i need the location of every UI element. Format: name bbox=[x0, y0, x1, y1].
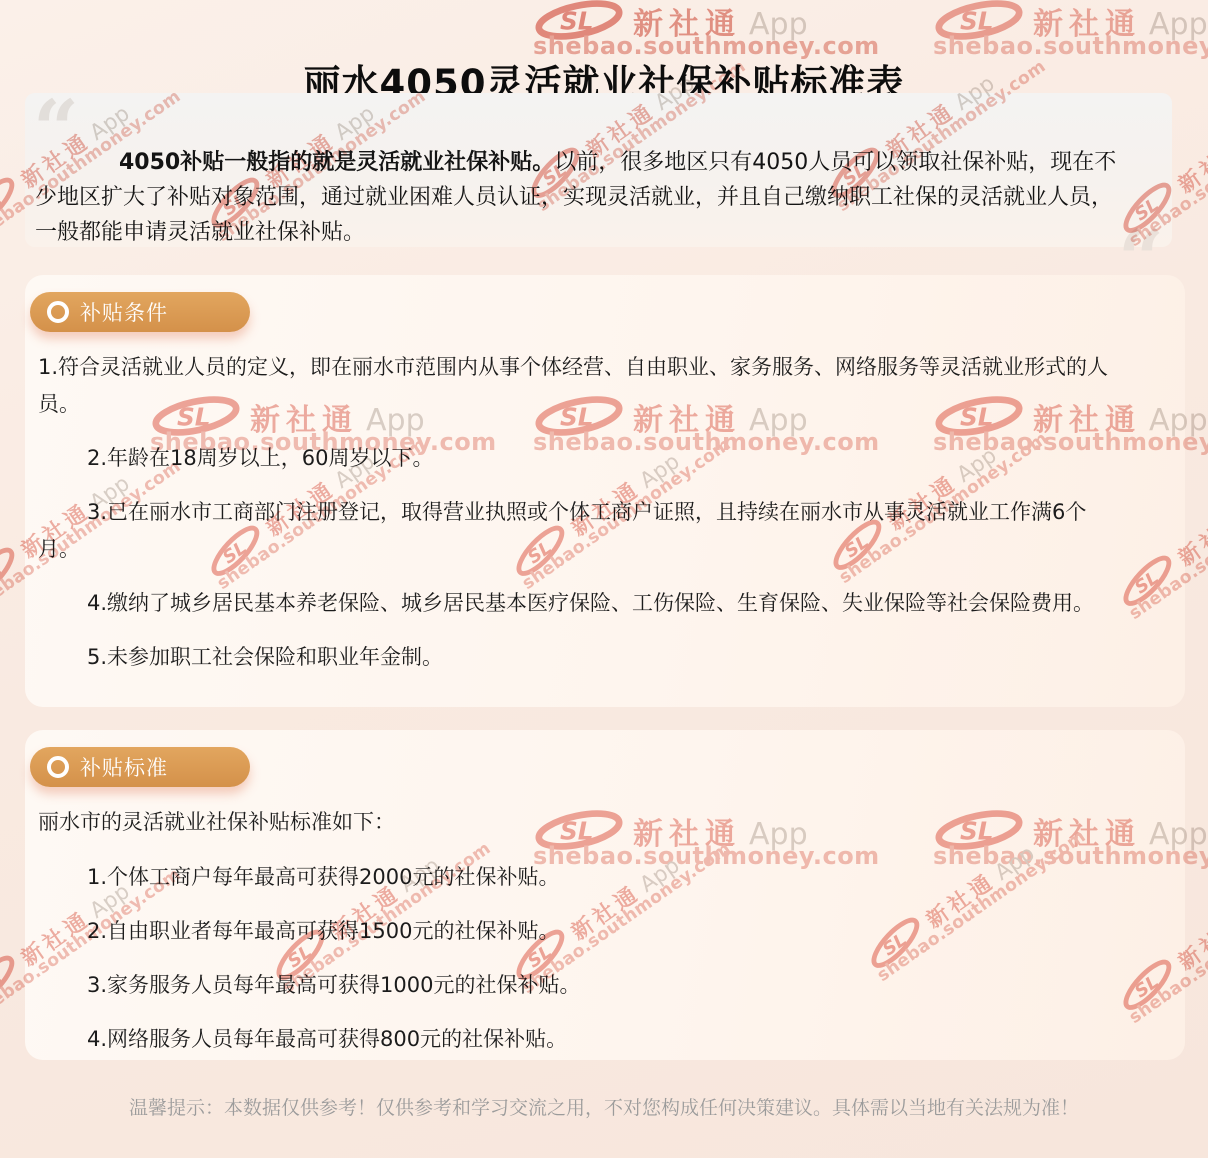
intro-card: “ 4050补贴一般指的就是灵活就业社保补贴。以前，很多地区只有4050人员可以… bbox=[25, 93, 1172, 247]
conditions-badge: 补贴条件 bbox=[30, 292, 250, 332]
watermark-domain: shebao.southmoney.com bbox=[0, 0, 183, 9]
footer-disclaimer: 温馨提示：本数据仅供参考！仅供参考和学习交流之用，不对您构成任何决策建议。具体需… bbox=[0, 1093, 1208, 1120]
condition-item: 2.年龄在18周岁以上，60周岁以下。 bbox=[38, 440, 1127, 477]
condition-item: 4.缴纳了城乡居民基本养老保险、城乡居民基本医疗保险、工伤保险、生育保险、失业保… bbox=[38, 585, 1127, 622]
standards-list: 丽水市的灵活就业社保补贴标准如下： 1.个体工商户每年最高可获得2000元的社保… bbox=[25, 787, 1185, 1058]
open-quote-icon: “ bbox=[33, 89, 79, 169]
conditions-section: 补贴条件 1.符合灵活就业人员的定义，即在丽水市范围内从事个体经营、自由职业、家… bbox=[25, 275, 1185, 707]
standard-item: 2.自由职业者每年最高可获得1500元的社保补贴。 bbox=[38, 913, 1127, 950]
shetong-logo-icon: SL bbox=[933, 0, 1025, 40]
condition-item: 5.未参加职工社会保险和职业年金制。 bbox=[38, 639, 1127, 676]
logo-letters: SL bbox=[560, 7, 594, 36]
logo-letters: SL bbox=[0, 189, 6, 220]
standard-item: 4.网络服务人员每年最高可获得800元的社保补贴。 bbox=[38, 1021, 1127, 1058]
standards-lead: 丽水市的灵活就业社保补贴标准如下： bbox=[38, 804, 1127, 841]
condition-item: 1.符合灵活就业人员的定义，即在丽水市范围内从事个体经营、自由职业、家务服务、网… bbox=[38, 349, 1127, 423]
standards-badge: 补贴标准 bbox=[30, 747, 250, 787]
conditions-list: 1.符合灵活就业人员的定义，即在丽水市范围内从事个体经营、自由职业、家务服务、网… bbox=[25, 332, 1185, 676]
shetong-logo-icon: SL bbox=[0, 172, 26, 234]
standard-item: 3.家务服务人员每年最高可获得1000元的社保补贴。 bbox=[38, 967, 1127, 1004]
watermark-brand-app: App bbox=[749, 10, 808, 40]
intro-lead-bold: 4050补贴一般指的就是灵活就业社保补贴。 bbox=[119, 150, 554, 175]
shetong-logo-icon: SL bbox=[533, 0, 625, 40]
watermark: SL 新社通App shebao.southmoney.com bbox=[533, 0, 880, 58]
watermark-brand-row: SL 新社通App bbox=[933, 0, 1208, 40]
watermark-brand-row: SL 新社通App bbox=[533, 0, 880, 40]
intro-paragraph: 4050补贴一般指的就是灵活就业社保补贴。以前，很多地区只有4050人员可以领取… bbox=[25, 115, 1172, 250]
watermark-brand-zh: 新社通 bbox=[1033, 10, 1141, 40]
condition-item: 3.已在丽水市工商部门注册登记，取得营业执照或个体工商户证照，且持续在丽水市从事… bbox=[38, 494, 1127, 568]
shetong-logo-icon: SL bbox=[0, 950, 26, 1012]
ring-icon bbox=[47, 756, 69, 778]
logo-letters: SL bbox=[0, 967, 6, 998]
watermark: SL 新社通App shebao.southmoney.com bbox=[0, 0, 183, 9]
ring-icon bbox=[47, 301, 69, 323]
standard-item: 1.个体工商户每年最高可获得2000元的社保补贴。 bbox=[38, 859, 1127, 896]
standards-section: 补贴标准 丽水市的灵活就业社保补贴标准如下： 1.个体工商户每年最高可获得200… bbox=[25, 730, 1185, 1060]
logo-letters: SL bbox=[0, 559, 6, 590]
shetong-logo-icon: SL bbox=[0, 542, 26, 604]
watermark-brand-zh: 新社通 bbox=[1175, 135, 1208, 197]
standards-badge-label: 补贴标准 bbox=[80, 752, 168, 782]
watermark-brand-app: App bbox=[1149, 10, 1208, 40]
watermark-brand-zh: 新社通 bbox=[633, 10, 741, 40]
conditions-badge-label: 补贴条件 bbox=[80, 297, 168, 327]
watermark: SL 新社通App shebao.southmoney.com bbox=[933, 0, 1208, 58]
logo-letters: SL bbox=[960, 7, 994, 36]
